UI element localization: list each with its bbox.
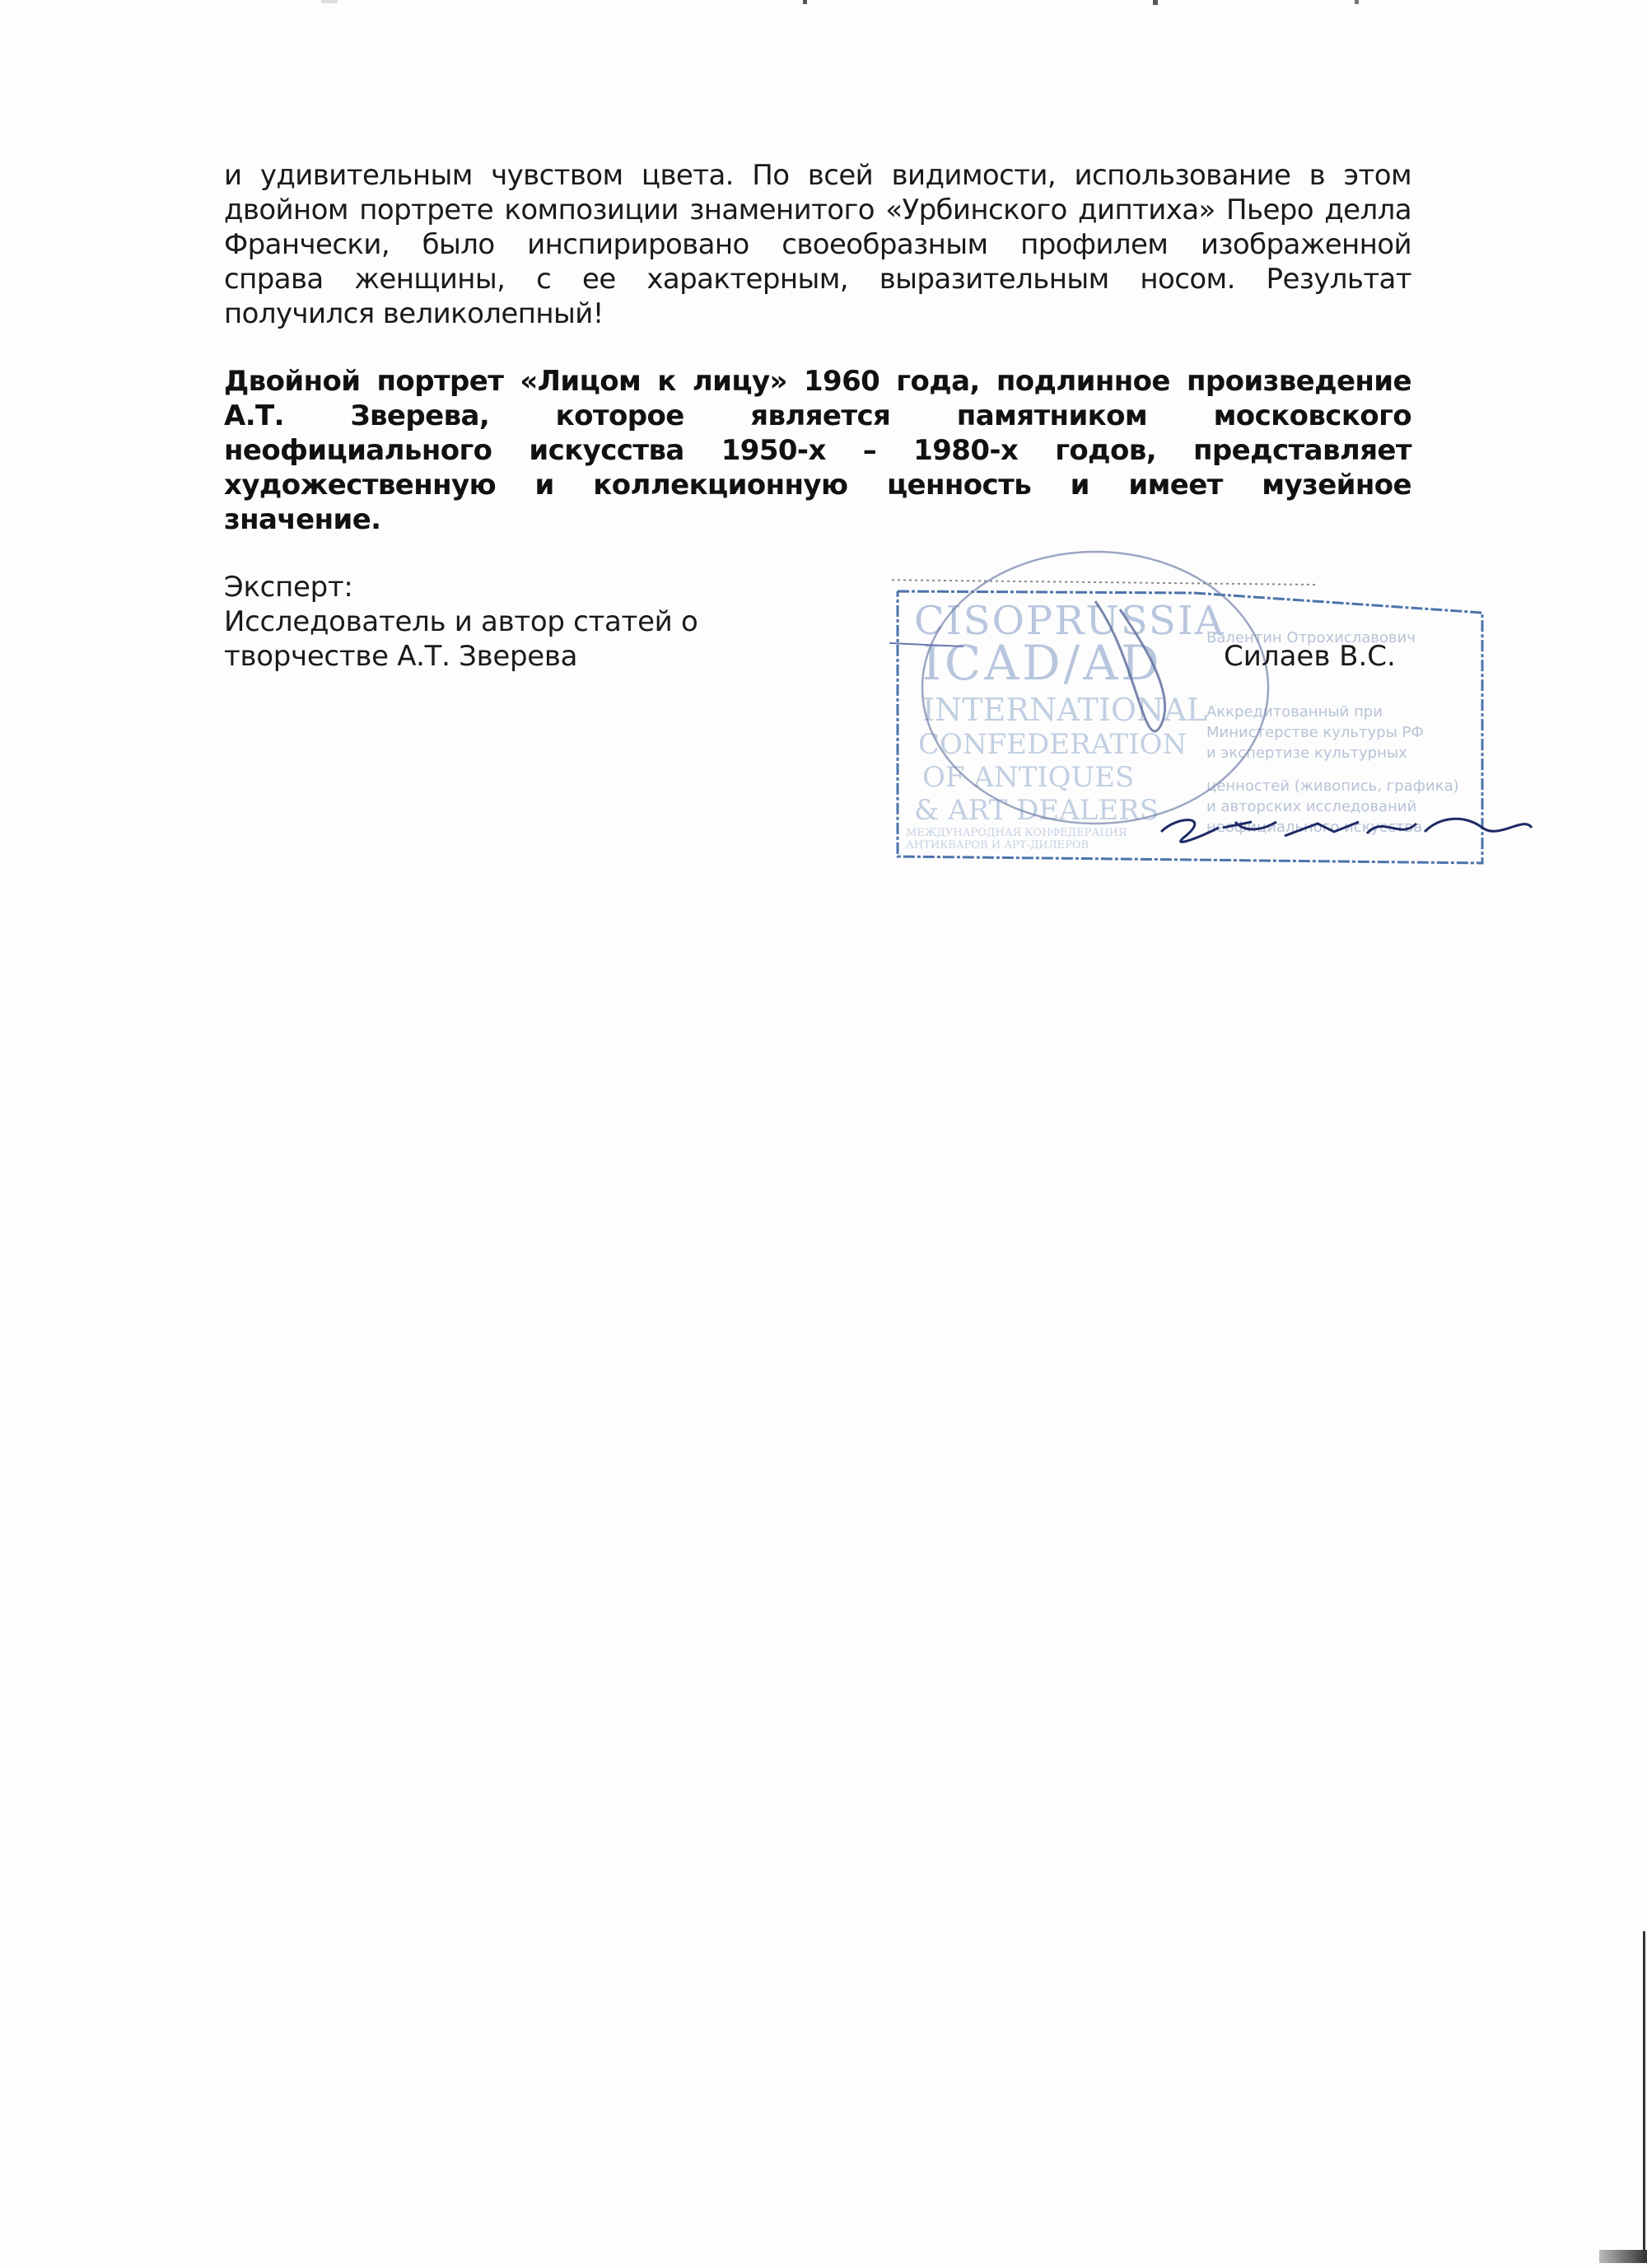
svg-text:ценностей (живопись, графика): ценностей (живопись, графика) xyxy=(1206,777,1459,795)
svg-text:и экспертизе культурных: и экспертизе культурных xyxy=(1206,744,1407,762)
expert-credentials: Эксперт: Исследователь и автор статей о … xyxy=(224,570,698,674)
scan-top-edge-artifacts xyxy=(0,0,1647,10)
scan-edge-line xyxy=(1643,1931,1645,2252)
expert-title-line: творчестве А.Т. Зверева xyxy=(224,639,698,674)
text-line: художественную и коллекционную ценность … xyxy=(224,468,1411,502)
svg-text:и авторских исследований: и авторских исследований xyxy=(1206,798,1416,815)
text-line: неофициального искусства 1950-х – 1980-х… xyxy=(224,433,1411,468)
text-line: двойном портрете композиции знаменитого … xyxy=(224,193,1411,227)
svg-text:Министерстве культуры РФ: Министерстве культуры РФ xyxy=(1206,724,1424,741)
expert-name: Силаев В.С. xyxy=(1224,639,1396,674)
text-line: и удивительным чувством цвета. По всей в… xyxy=(224,158,1411,193)
svg-text:CONFEDERATION: CONFEDERATION xyxy=(918,728,1187,761)
conclusion-paragraph: Двойной портрет «Лицом к лицу» 1960 года… xyxy=(224,364,1411,537)
svg-text:Аккредитованный при: Аккредитованный при xyxy=(1206,703,1383,721)
expert-title-line: Исследователь и автор статей о xyxy=(224,604,698,639)
svg-text:МЕЖДУНАРОДНАЯ КОНФЕДЕРАЦИЯ: МЕЖДУНАРОДНАЯ КОНФЕДЕРАЦИЯ xyxy=(906,827,1127,839)
text-line: А.Т. Зверева, которое является памятнико… xyxy=(224,399,1411,433)
stamp-seal-icon: CISOPRUSSIA ICAD/AD INTERNATIONAL CONFED… xyxy=(889,544,1565,889)
expert-role-label: Эксперт: xyxy=(224,570,698,604)
text-line: значение. xyxy=(224,502,1411,537)
scan-corner-artifact xyxy=(1599,2250,1647,2263)
description-paragraph: и удивительным чувством цвета. По всей в… xyxy=(224,158,1411,331)
text-line: справа женщины, с ее характерным, вырази… xyxy=(224,262,1411,296)
text-line: Двойной портрет «Лицом к лицу» 1960 года… xyxy=(224,364,1411,399)
expert-stamp: CISOPRUSSIA ICAD/AD INTERNATIONAL CONFED… xyxy=(889,544,1565,889)
text-line: Франчески, было инспирировано своеобразн… xyxy=(224,227,1411,262)
text-line: получился великолепный! xyxy=(224,296,1411,331)
svg-text:АНТИКВАРОВ И АРТ-ДИЛЕРОВ: АНТИКВАРОВ И АРТ-ДИЛЕРОВ xyxy=(906,839,1089,852)
